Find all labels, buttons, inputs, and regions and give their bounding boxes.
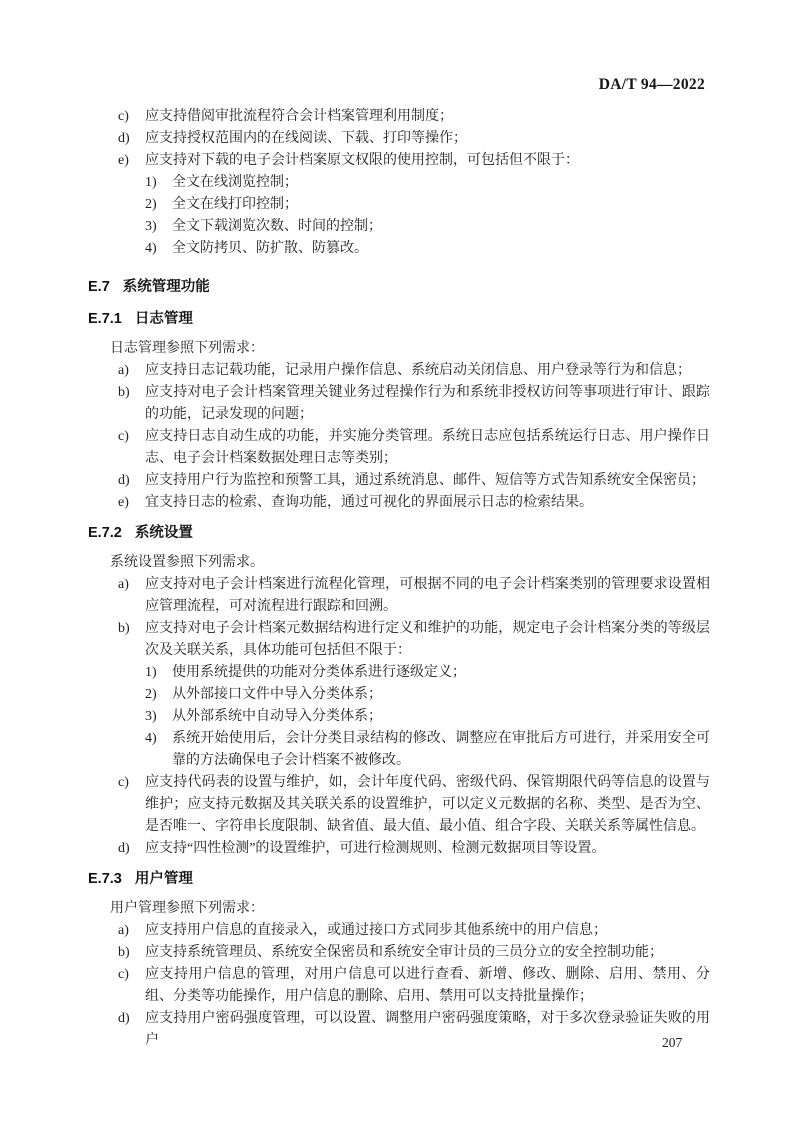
list-item-label: c)	[118, 106, 145, 128]
list-item-text: 应支持授权范围内的在线阅读、下载、打印等操作；	[145, 128, 710, 150]
sub-list-item: 4) 系统开始使用后，会计分类目录结构的修改、调整应在审批后方可进行，并采用安全…	[88, 728, 710, 772]
list-item-label: b)	[118, 618, 145, 662]
list-item-text: 应支持对电子会计档案进行流程化管理，可根据不同的电子会计档案类别的管理要求设置相…	[145, 574, 710, 618]
page-content: c) 应支持借阅审批流程符合会计档案管理利用制度； d) 应支持授权范围内的在线…	[88, 106, 710, 1052]
list-item-label: e)	[118, 492, 145, 514]
list-item-text: 应支持借阅审批流程符合会计档案管理利用制度；	[145, 106, 710, 128]
list-item: b) 应支持对电子会计档案元数据结构进行定义和维护的功能，规定电子会计档案分类的…	[88, 618, 710, 662]
sub-list-item-label: 3)	[145, 216, 172, 238]
list-item-text: 应支持日志自动生成的功能，并实施分类管理。系统日志应包括系统运行日志、用户操作日…	[145, 426, 710, 470]
section-title: 日志管理	[135, 308, 193, 330]
section-title: 用户管理	[135, 868, 193, 890]
section-number: E.7.1	[88, 308, 122, 330]
sub-list-item: 3) 从外部系统中自动导入分类体系；	[88, 706, 710, 728]
list-item-text: 应支持对电子会计档案管理关键业务过程操作行为和系统非授权访问等事项进行审计、跟踪…	[145, 382, 710, 426]
list-item-label: c)	[118, 426, 145, 470]
list-item-text: 应支持日志记载功能，记录用户操作信息、系统启动关闭信息、用户登录等行为和信息；	[145, 360, 710, 382]
intro-paragraph: 日志管理参照下列需求：	[88, 338, 710, 360]
sub-list-item: 2) 从外部接口文件中导入分类体系；	[88, 684, 710, 706]
list-item-label: c)	[118, 772, 145, 838]
intro-paragraph: 用户管理参照下列需求：	[88, 898, 710, 920]
list-item: d) 应支持“四性检测”的设置维护，可进行检测规则、检测元数据项目等设置。	[88, 838, 710, 860]
section-title: 系统设置	[135, 522, 193, 544]
sub-list-item: 2) 全文在线打印控制；	[88, 194, 710, 216]
page-number: 207	[662, 1032, 682, 1054]
list-item: a) 应支持对电子会计档案进行流程化管理，可根据不同的电子会计档案类别的管理要求…	[88, 574, 710, 618]
sub-list-item-label: 2)	[145, 684, 172, 706]
intro-paragraph: 系统设置参照下列需求。	[88, 552, 710, 574]
document-page: DA/T 94—2022 c) 应支持借阅审批流程符合会计档案管理利用制度； d…	[0, 0, 793, 1122]
sub-list-item-text: 使用系统提供的功能对分类体系进行逐级定义；	[172, 662, 710, 684]
list-item: e) 应支持对下载的电子会计档案原文权限的使用控制，可包括但不限于：	[88, 150, 710, 172]
list-item-label: d)	[118, 1008, 145, 1052]
list-item: d) 应支持授权范围内的在线阅读、下载、打印等操作；	[88, 128, 710, 150]
list-item: c) 应支持日志自动生成的功能，并实施分类管理。系统日志应包括系统运行日志、用户…	[88, 426, 710, 470]
sub-list-item-text: 全文在线浏览控制；	[172, 172, 710, 194]
list-item: c) 应支持代码表的设置与维护，如，会计年度代码、密级代码、保管期限代码等信息的…	[88, 772, 710, 838]
sub-list-item-text: 从外部系统中自动导入分类体系；	[172, 706, 710, 728]
section-heading-e72: E.7.2 系统设置	[88, 522, 710, 544]
list-item: a) 应支持用户信息的直接录入，或通过接口方式同步其他系统中的用户信息；	[88, 920, 710, 942]
list-item-label: b)	[118, 382, 145, 426]
list-item-label: d)	[118, 838, 145, 860]
sub-list-item: 4) 全文防拷贝、防扩散、防篡改。	[88, 238, 710, 260]
section-title: 系统管理功能	[123, 276, 210, 298]
list-item-text: 应支持用户信息的直接录入，或通过接口方式同步其他系统中的用户信息；	[145, 920, 710, 942]
list-item: a) 应支持日志记载功能，记录用户操作信息、系统启动关闭信息、用户登录等行为和信…	[88, 360, 710, 382]
list-item-label: b)	[118, 942, 145, 964]
list-item-text: 应支持用户行为监控和预警工具，通过系统消息、邮件、短信等方式告知系统安全保密员；	[145, 470, 710, 492]
sub-list-item-label: 1)	[145, 172, 172, 194]
list-item: b) 应支持对电子会计档案管理关键业务过程操作行为和系统非授权访问等事项进行审计…	[88, 382, 710, 426]
sub-list-item-text: 全文防拷贝、防扩散、防篡改。	[172, 238, 710, 260]
sub-list-item-text: 全文在线打印控制；	[172, 194, 710, 216]
section-heading-e71: E.7.1 日志管理	[88, 308, 710, 330]
list-item-text: 应支持对电子会计档案元数据结构进行定义和维护的功能，规定电子会计档案分类的等级层…	[145, 618, 710, 662]
list-item-text: 应支持用户密码强度管理，可以设置、调整用户密码强度策略，对于多次登录验证失败的用…	[145, 1008, 710, 1052]
list-item-label: d)	[118, 128, 145, 150]
list-item: c) 应支持用户信息的管理，对用户信息可以进行查看、新增、修改、删除、启用、禁用…	[88, 964, 710, 1008]
sub-list-item: 1) 使用系统提供的功能对分类体系进行逐级定义；	[88, 662, 710, 684]
list-item: e) 宜支持日志的检索、查询功能，通过可视化的界面展示日志的检索结果。	[88, 492, 710, 514]
sub-list-item: 3) 全文下载浏览次数、时间的控制；	[88, 216, 710, 238]
section-heading-e73: E.7.3 用户管理	[88, 868, 710, 890]
list-item-label: a)	[118, 920, 145, 942]
section-heading-e7: E.7 系统管理功能	[88, 276, 710, 298]
section-number: E.7	[88, 276, 110, 298]
list-item-label: e)	[118, 150, 145, 172]
sub-list-item-label: 4)	[145, 728, 172, 772]
list-item-text: 应支持系统管理员、系统安全保密员和系统安全审计员的三员分立的安全控制功能；	[145, 942, 710, 964]
list-item-label: a)	[118, 360, 145, 382]
section-number: E.7.2	[88, 522, 122, 544]
list-item-text: 应支持对下载的电子会计档案原文权限的使用控制，可包括但不限于：	[145, 150, 710, 172]
list-item-label: d)	[118, 470, 145, 492]
sub-list-item-label: 1)	[145, 662, 172, 684]
list-item-text: 宜支持日志的检索、查询功能，通过可视化的界面展示日志的检索结果。	[145, 492, 710, 514]
sub-list-item-label: 4)	[145, 238, 172, 260]
list-item-label: a)	[118, 574, 145, 618]
sub-list-item-text: 从外部接口文件中导入分类体系；	[172, 684, 710, 706]
list-item-label: c)	[118, 964, 145, 1008]
sub-list-item-text: 系统开始使用后，会计分类目录结构的修改、调整应在审批后方可进行，并采用安全可靠的…	[172, 728, 710, 772]
list-item-text: 应支持用户信息的管理，对用户信息可以进行查看、新增、修改、删除、启用、禁用、分组…	[145, 964, 710, 1008]
list-item: d) 应支持用户密码强度管理，可以设置、调整用户密码强度策略，对于多次登录验证失…	[88, 1008, 710, 1052]
list-item-text: 应支持“四性检测”的设置维护，可进行检测规则、检测元数据项目等设置。	[145, 838, 710, 860]
list-item: b) 应支持系统管理员、系统安全保密员和系统安全审计员的三员分立的安全控制功能；	[88, 942, 710, 964]
list-item: d) 应支持用户行为监控和预警工具，通过系统消息、邮件、短信等方式告知系统安全保…	[88, 470, 710, 492]
list-item: c) 应支持借阅审批流程符合会计档案管理利用制度；	[88, 106, 710, 128]
sub-list-item: 1) 全文在线浏览控制；	[88, 172, 710, 194]
document-code: DA/T 94—2022	[599, 74, 705, 96]
sub-list-item-label: 2)	[145, 194, 172, 216]
list-item-text: 应支持代码表的设置与维护，如，会计年度代码、密级代码、保管期限代码等信息的设置与…	[145, 772, 710, 838]
sub-list-item-text: 全文下载浏览次数、时间的控制；	[172, 216, 710, 238]
section-number: E.7.3	[88, 868, 122, 890]
sub-list-item-label: 3)	[145, 706, 172, 728]
